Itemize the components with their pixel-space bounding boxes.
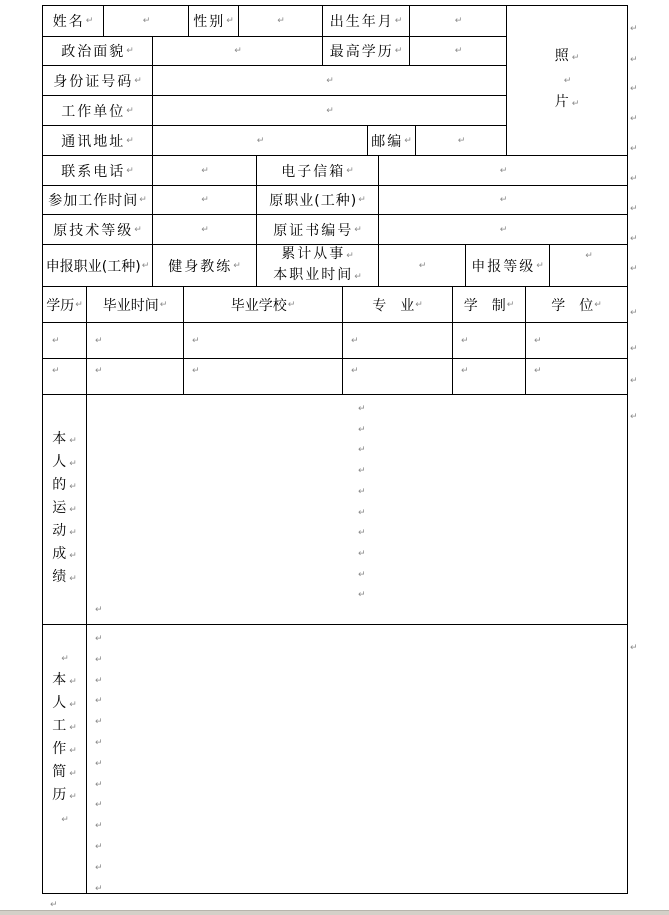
paragraph-mark-icon: ↵: [354, 272, 362, 282]
row-end-mark-icon: ↵: [630, 264, 638, 274]
label-char: 运: [52, 500, 68, 516]
apply-job-label-cell: 申报职业(工种)↵: [42, 244, 153, 287]
paragraph-mark-icon: ↵: [50, 900, 58, 910]
edu-header-degree: 学历↵: [42, 286, 87, 323]
paragraph-mark-icon: ↵: [69, 482, 77, 492]
row-end-mark-icon: ↵: [630, 204, 638, 214]
edu-cell[interactable]: ↵: [183, 322, 343, 359]
paragraph-mark-icon: ↵: [415, 300, 423, 310]
paragraph-mark-icon: ↵: [395, 46, 403, 56]
paragraph-mark-icon: ↵: [52, 336, 60, 346]
paragraph-mark-icon: ↵: [126, 136, 134, 146]
paragraph-mark-icon: ↵: [572, 99, 580, 109]
paragraph-mark-icon: ↵: [534, 366, 542, 376]
row-end-mark-icon: ↵: [630, 234, 638, 244]
photo-box[interactable]: 照↵ ↵ 片↵: [506, 5, 628, 156]
start-work-label: 参加工作时间: [48, 190, 138, 210]
paragraph-mark-icon: ↵: [500, 195, 508, 205]
label-char: 工: [52, 718, 68, 734]
edu-cell[interactable]: ↵: [42, 358, 87, 395]
workplace-label-cell: 工作单位↵: [42, 95, 153, 126]
gender-label-cell: 性别↵: [188, 5, 239, 37]
paragraph-mark-icon: ↵: [358, 503, 366, 524]
paragraph-mark-icon: ↵: [139, 195, 147, 205]
row-end-mark-icon: ↵: [630, 376, 638, 386]
birth-label-cell: 出生年月↵: [322, 5, 410, 37]
phone-label: 联系电话: [61, 161, 125, 181]
paragraph-mark-icon: ↵: [201, 166, 209, 176]
apply-level-label: 申报等级: [471, 256, 535, 276]
label-char: 简: [52, 764, 68, 780]
row-end-mark-icon: ↵: [630, 144, 638, 154]
paragraph-mark-icon: ↵: [358, 461, 366, 482]
paragraph-mark-icon: ↵: [234, 46, 242, 56]
paragraph-mark-icon: ↵: [69, 769, 77, 779]
edu-cell[interactable]: ↵: [525, 322, 628, 359]
paragraph-mark-icon: ↵: [346, 251, 354, 261]
edu-header-degree-title: 学 位↵: [525, 286, 628, 323]
education-field[interactable]: ↵: [409, 36, 507, 66]
row-end-mark-icon: ↵: [630, 308, 638, 318]
paragraph-mark-icon: ↵: [52, 366, 60, 376]
birth-field[interactable]: ↵: [409, 5, 507, 37]
paragraph-mark-icon: ↵: [69, 746, 77, 756]
address-label-cell: 通讯地址↵: [42, 125, 153, 156]
paragraph-mark-icon: ↵: [346, 166, 354, 176]
sports-label-cell: 本↵ 人↵ 的↵ 运↵ 动↵ 成↵ 绩↵: [42, 394, 87, 625]
email-label: 电子信箱: [281, 161, 345, 181]
id-label: 身份证号码: [53, 71, 133, 91]
header-label: 毕业时间: [103, 295, 159, 315]
paragraph-mark-icon: ↵: [69, 551, 77, 561]
paragraph-mark-icon: ↵: [61, 654, 69, 664]
orig-tech-label: 原技术等级: [53, 220, 133, 240]
paragraph-mark-icon: ↵: [358, 482, 366, 503]
paragraph-mark-icon: ↵: [536, 261, 544, 271]
paragraph-mark-icon: ↵: [75, 300, 83, 310]
paragraph-mark-icon: ↵: [69, 505, 77, 515]
label-char: 成: [52, 546, 68, 562]
paragraph-mark-icon: ↵: [564, 76, 572, 86]
orig-job-field[interactable]: ↵: [378, 185, 628, 215]
paragraph-mark-icon: ↵: [143, 16, 151, 26]
paragraph-mark-icon: ↵: [95, 336, 103, 346]
address-field[interactable]: ↵: [152, 125, 368, 156]
paragraph-mark-icon: ↵: [288, 300, 296, 310]
id-field[interactable]: ↵: [152, 65, 507, 96]
header-label: 学历: [46, 295, 74, 315]
paragraph-mark-icon: ↵: [395, 16, 403, 26]
education-label-cell: 最高学历↵: [322, 36, 410, 66]
orig-cert-label: 原证书编号: [273, 220, 353, 240]
paragraph-mark-icon: ↵: [95, 879, 103, 900]
years-field[interactable]: ↵: [378, 244, 466, 287]
paragraph-mark-icon: ↵: [95, 629, 103, 650]
paragraph-mark-icon: ↵: [358, 585, 366, 606]
political-label-cell: 政治面貌↵: [42, 36, 153, 66]
edu-header-major: 专 业↵: [342, 286, 453, 323]
paragraph-mark-icon: ↵: [358, 544, 366, 565]
paragraph-mark-icon: ↵: [461, 336, 469, 346]
label-char: 人: [52, 695, 68, 711]
sports-marks: ↵ ↵ ↵ ↵ ↵ ↵ ↵ ↵ ↵ ↵: [357, 399, 366, 606]
paragraph-mark-icon: ↵: [134, 225, 142, 235]
label-char: 历: [52, 787, 68, 803]
header-label: 学 制: [464, 295, 506, 315]
email-field[interactable]: ↵: [378, 155, 628, 186]
orig-tech-field[interactable]: ↵: [152, 214, 257, 245]
start-work-label-cell: 参加工作时间↵: [42, 185, 153, 215]
paragraph-mark-icon: ↵: [69, 436, 77, 446]
paragraph-mark-icon: ↵: [192, 366, 200, 376]
edu-header-grad-time: 毕业时间↵: [86, 286, 184, 323]
apply-job-label: 申报职业(工种): [46, 256, 141, 276]
photo-label-2: 片: [555, 94, 571, 110]
paragraph-mark-icon: ↵: [95, 650, 103, 671]
paragraph-mark-icon: ↵: [126, 46, 134, 56]
phone-label-cell: 联系电话↵: [42, 155, 153, 186]
label-char: 本: [52, 431, 68, 447]
name-field[interactable]: ↵: [103, 5, 189, 37]
paragraph-mark-icon: ↵: [126, 166, 134, 176]
header-label: 学 位: [551, 295, 593, 315]
work-history-label-cell: ↵ 本↵ 人↵ 工↵ 作↵ 简↵ 历↵ ↵: [42, 624, 87, 894]
paragraph-mark-icon: ↵: [358, 565, 366, 586]
years-label-cell: 累计从事↵ 本职业时间↵: [256, 244, 379, 287]
paragraph-mark-icon: ↵: [61, 815, 69, 825]
paragraph-mark-icon: ↵: [358, 195, 366, 205]
political-field[interactable]: ↵: [152, 36, 323, 66]
paragraph-mark-icon: ↵: [351, 336, 359, 346]
apply-job-value: 健身教练: [168, 256, 232, 276]
paragraph-mark-icon: ↵: [95, 858, 103, 879]
paragraph-mark-icon: ↵: [95, 366, 103, 376]
work-history-field[interactable]: ↵ ↵ ↵ ↵ ↵ ↵ ↵ ↵ ↵ ↵ ↵ ↵ ↵: [86, 624, 628, 894]
header-label: 毕业学校: [231, 295, 287, 315]
row-end-mark-icon: ↵: [630, 55, 638, 65]
workplace-field[interactable]: ↵: [152, 95, 507, 126]
paragraph-mark-icon: ↵: [95, 671, 103, 692]
political-label: 政治面貌: [61, 41, 125, 61]
edu-cell[interactable]: ↵: [452, 322, 526, 359]
id-label-cell: 身份证号码↵: [42, 65, 153, 96]
paragraph-mark-icon: ↵: [69, 792, 77, 802]
paragraph-mark-icon: ↵: [95, 605, 103, 615]
phone-field[interactable]: ↵: [152, 155, 257, 186]
paragraph-mark-icon: ↵: [351, 366, 359, 376]
paragraph-mark-icon: ↵: [69, 459, 77, 469]
paragraph-mark-icon: ↵: [226, 16, 234, 26]
sports-field[interactable]: ↵ ↵ ↵ ↵ ↵ ↵ ↵ ↵ ↵ ↵ ↵: [86, 394, 628, 625]
years-label-1: 累计从事: [281, 246, 345, 262]
email-label-cell: 电子信箱↵: [256, 155, 379, 186]
row-end-mark-icon: ↵: [630, 84, 638, 94]
edu-cell[interactable]: ↵: [342, 358, 453, 395]
edu-header-length: 学 制↵: [452, 286, 526, 323]
paragraph-mark-icon: ↵: [69, 677, 77, 687]
paragraph-mark-icon: ↵: [404, 136, 412, 146]
name-label: 姓名: [53, 11, 85, 31]
paragraph-mark-icon: ↵: [201, 225, 209, 235]
row-end-mark-icon: ↵: [630, 344, 638, 354]
edu-cell[interactable]: ↵: [183, 358, 343, 395]
paragraph-mark-icon: ↵: [358, 399, 366, 420]
paragraph-mark-icon: ↵: [201, 195, 209, 205]
apply-level-label-cell: 申报等级↵: [465, 244, 550, 287]
paragraph-mark-icon: ↵: [326, 106, 334, 116]
paragraph-mark-icon: ↵: [458, 136, 466, 146]
label-char: 本: [52, 672, 68, 688]
paragraph-mark-icon: ↵: [69, 723, 77, 733]
paragraph-mark-icon: ↵: [358, 420, 366, 441]
paragraph-mark-icon: ↵: [69, 574, 77, 584]
paragraph-mark-icon: ↵: [507, 300, 515, 310]
paragraph-mark-icon: ↵: [500, 166, 508, 176]
orig-job-label: 原职业(工种): [269, 190, 357, 210]
orig-job-label-cell: 原职业(工种)↵: [256, 185, 379, 215]
label-char: 绩: [52, 569, 68, 585]
paragraph-mark-icon: ↵: [69, 700, 77, 710]
paragraph-mark-icon: ↵: [233, 261, 241, 271]
paragraph-mark-icon: ↵: [95, 837, 103, 858]
row-end-mark-icon: ↵: [630, 114, 638, 124]
window-bottom-edge: [0, 910, 669, 915]
photo-label-1: 照: [555, 48, 571, 64]
edu-cell[interactable]: ↵: [86, 322, 184, 359]
paragraph-mark-icon: ↵: [95, 754, 103, 775]
birth-label: 出生年月: [330, 11, 394, 31]
postcode-field[interactable]: ↵: [415, 125, 507, 156]
name-label-cell: 姓名↵: [42, 5, 104, 37]
paragraph-mark-icon: ↵: [419, 261, 427, 271]
gender-field[interactable]: ↵: [238, 5, 323, 37]
paragraph-mark-icon: ↵: [500, 225, 508, 235]
paragraph-mark-icon: ↵: [192, 336, 200, 346]
edu-cell[interactable]: ↵: [452, 358, 526, 395]
label-char: 动: [52, 523, 68, 539]
paragraph-mark-icon: ↵: [95, 795, 103, 816]
years-label-2: 本职业时间: [273, 267, 353, 283]
paragraph-mark-icon: ↵: [358, 523, 366, 544]
start-work-field[interactable]: ↵: [152, 185, 257, 215]
work-history-marks: ↵ ↵ ↵ ↵ ↵ ↵ ↵ ↵ ↵ ↵ ↵ ↵ ↵: [94, 629, 103, 899]
paragraph-mark-icon: ↵: [95, 712, 103, 733]
education-label: 最高学历: [330, 41, 394, 61]
label-char: 人: [52, 454, 68, 470]
paragraph-mark-icon: ↵: [95, 691, 103, 712]
edu-cell[interactable]: ↵: [42, 322, 87, 359]
paragraph-mark-icon: ↵: [455, 46, 463, 56]
paragraph-mark-icon: ↵: [86, 16, 94, 26]
postcode-label: 邮编: [371, 131, 403, 151]
label-char: 的: [52, 477, 68, 493]
edu-cell[interactable]: ↵: [86, 358, 184, 395]
row-end-mark-icon: ↵: [630, 643, 638, 653]
paragraph-mark-icon: ↵: [585, 251, 593, 261]
paragraph-mark-icon: ↵: [95, 775, 103, 796]
edu-cell[interactable]: ↵: [342, 322, 453, 359]
postcode-label-cell: 邮编↵: [367, 125, 416, 156]
edu-header-school: 毕业学校↵: [183, 286, 343, 323]
header-label: 专 业: [372, 295, 414, 315]
paragraph-mark-icon: ↵: [572, 53, 580, 63]
paragraph-mark-icon: ↵: [277, 16, 285, 26]
paragraph-mark-icon: ↵: [594, 300, 602, 310]
paragraph-mark-icon: ↵: [461, 366, 469, 376]
paragraph-mark-icon: ↵: [358, 440, 366, 461]
row-end-mark-icon: ↵: [630, 412, 638, 422]
row-end-mark-icon: ↵: [630, 24, 638, 34]
apply-level-field[interactable]: ↵: [549, 244, 628, 287]
label-char: 作: [52, 741, 68, 757]
paragraph-mark-icon: ↵: [126, 106, 134, 116]
orig-cert-label-cell: 原证书编号↵: [256, 214, 379, 245]
paragraph-mark-icon: ↵: [69, 528, 77, 538]
paragraph-mark-icon: ↵: [160, 300, 168, 310]
gender-label: 性别: [193, 11, 225, 31]
paragraph-mark-icon: ↵: [354, 225, 362, 235]
paragraph-mark-icon: ↵: [95, 816, 103, 837]
paragraph-mark-icon: ↵: [534, 336, 542, 346]
paragraph-mark-icon: ↵: [142, 261, 150, 271]
paragraph-mark-icon: ↵: [134, 76, 142, 86]
paragraph-mark-icon: ↵: [455, 16, 463, 26]
orig-cert-field[interactable]: ↵: [378, 214, 628, 245]
paragraph-mark-icon: ↵: [95, 733, 103, 754]
workplace-label: 工作单位: [61, 101, 125, 121]
edu-cell[interactable]: ↵: [525, 358, 628, 395]
orig-tech-label-cell: 原技术等级↵: [42, 214, 153, 245]
paragraph-mark-icon: ↵: [257, 136, 265, 146]
address-label: 通讯地址: [61, 131, 125, 151]
apply-job-field[interactable]: 健身教练↵: [152, 244, 257, 287]
row-end-mark-icon: ↵: [630, 174, 638, 184]
paragraph-mark-icon: ↵: [326, 76, 334, 86]
